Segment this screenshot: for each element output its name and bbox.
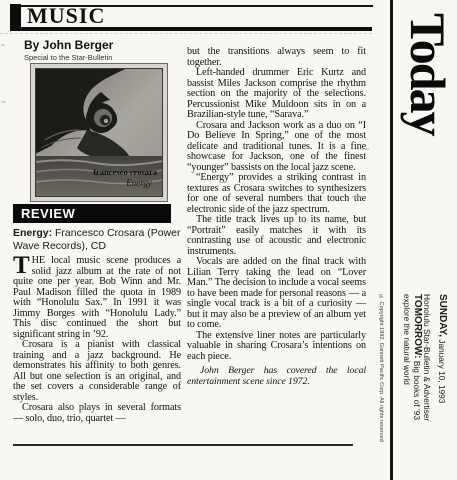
article-paragraph: Crosara is a pianist with classical trai… [13,340,181,403]
scan-artifact [360,148,369,150]
edition-date: SUNDAY, January 10, 1993 [437,294,447,474]
sidebar-divider-rule [390,0,393,480]
byline-affiliation: Special to the Star-Bulletin [24,53,112,62]
byline-author: By John Berger [24,38,113,52]
tomorrow-label: TOMORROW: [412,294,423,359]
tomorrow-teaser-rest: Big books of ’93 [412,359,422,420]
article-paragraph: “Energy” provides a striking contrast in… [187,173,366,215]
wave-artwork: francesco crosara Energy [35,68,163,197]
scan-artifact [1,101,6,103]
tomorrow-teaser-line2: explore the natural world [402,294,412,474]
section-title: MUSIC [27,3,105,29]
scan-artifact-line [0,33,372,34]
article-column-right: but the transitions always seem to fit t… [187,47,366,387]
sidebar-edition-info: SUNDAY, January 10, 1993 Honolulu Star-B… [402,294,447,474]
tomorrow-teaser: TOMORROW: Big books of ’93 [412,294,422,474]
article-bottom-rule [13,444,353,446]
article-paragraph: THE local music scene produces a solid j… [13,256,181,340]
article-paragraph: The title track lives up to its name, bu… [187,215,366,257]
scan-artifact [352,196,364,198]
article-paragraph: The extensive liner notes are particular… [187,331,366,363]
copyright-notice: © Copyright 1992, Gannett Pacific Corp. … [378,294,384,476]
section-masthead-today: Today [399,13,457,183]
article-paragraph: Crosara and Jackson work as a duo on “I … [187,121,366,174]
author-tagline: John Berger has covered the local entert… [187,366,366,387]
newspaper-page: MUSIC By John Berger Special to the Star… [0,0,457,480]
article-column-left: THE local music scene produces a solid j… [13,256,181,424]
article-paragraph: Crosara also plays in several formats — … [13,403,181,424]
edition-date-rest: January 10, 1993 [437,337,447,403]
publication-name: Honolulu Star-Bulletin & Advertiser [422,294,432,474]
review-credit: Energy: Francesco Crosara (Power Wave Re… [13,227,183,252]
edition-day: SUNDAY, [437,294,448,337]
scan-artifact [1,44,5,46]
article-paragraph: Left-handed drummer Eric Kurtz and bassi… [187,68,366,121]
header-bottom-rule [12,27,372,31]
review-banner: REVIEW [13,204,171,223]
drop-cap: T [13,256,32,276]
album-cover-image: francesco crosara Energy [30,63,168,202]
review-credit-title: Energy: [13,227,52,239]
article-paragraph: but the transitions always seem to fit t… [187,47,366,68]
article-paragraph: Vocals are added on the final track with… [187,257,366,331]
paragraph-text: HE local music scene produces a solid ja… [13,255,181,340]
